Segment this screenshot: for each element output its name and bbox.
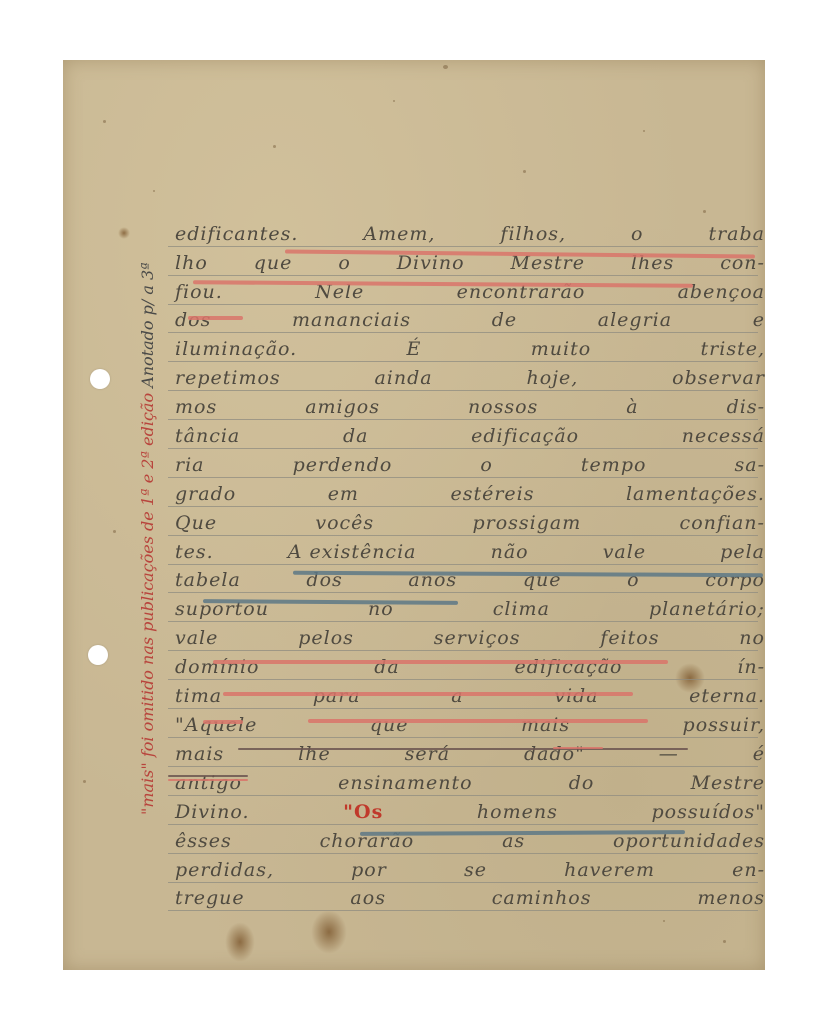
word: eterna.	[689, 682, 765, 710]
word: corpo	[705, 566, 765, 594]
word: dado"	[524, 740, 585, 768]
word: grado	[175, 480, 236, 508]
word: ensinamento	[338, 769, 472, 797]
margin-note-red: "mais" foi omitido nas publicações de 1ª…	[138, 393, 157, 815]
speck	[83, 780, 86, 783]
word: —	[659, 740, 679, 768]
word: que	[523, 566, 562, 594]
speck	[103, 120, 106, 123]
word: clima	[493, 595, 550, 623]
word: a	[451, 682, 463, 710]
word: tes.	[175, 538, 214, 566]
text-line-10: grado em estéreis lamentações.	[175, 480, 765, 508]
word: repetimos	[175, 364, 281, 392]
word: Mestre	[691, 769, 765, 797]
word: sa-	[735, 451, 766, 479]
red-underline	[223, 692, 633, 696]
word: no	[368, 595, 394, 623]
word: ria	[175, 451, 205, 479]
word: tima	[175, 682, 222, 710]
text-line-9: ria perdendo o tempo sa-	[175, 451, 765, 479]
word: é	[753, 740, 765, 768]
text-line-4: dos mananciais de alegria e	[175, 306, 765, 334]
word: e	[753, 306, 765, 334]
word: estéreis	[450, 480, 534, 508]
text-line-8: tância da edificação necessá	[175, 422, 765, 450]
word: edificação	[515, 653, 623, 681]
word: caminhos	[492, 884, 592, 912]
red-underline	[203, 720, 243, 724]
text-line-19: mais lhe será dado" — é	[175, 740, 765, 768]
word: "Os	[343, 798, 383, 826]
word: mos	[175, 393, 217, 421]
speck	[273, 145, 276, 148]
text-line-16: domínio da edificação ín-	[175, 653, 765, 681]
word: para	[313, 682, 361, 710]
text-line-18: "Aquele que mais possuir,	[175, 711, 765, 739]
word: o	[627, 566, 639, 594]
text-line-23: perdidas, por se haverem en-	[175, 856, 765, 884]
word: homens	[477, 798, 558, 826]
text-line-11: Que vocês prossigam confian-	[175, 509, 765, 537]
dark-underline	[168, 775, 248, 777]
speck	[113, 530, 116, 533]
word: se	[464, 856, 487, 884]
word: anos	[408, 566, 457, 594]
word: mais	[521, 711, 570, 739]
word: Amem,	[363, 220, 435, 248]
word: muito	[531, 335, 591, 363]
text-line-15: vale pelos serviços feitos no	[175, 624, 765, 652]
speck	[663, 920, 665, 922]
speck	[703, 210, 706, 213]
text-line-7: mos amigos nossos à dis-	[175, 393, 765, 421]
word: ín-	[737, 653, 765, 681]
word: perdendo	[293, 451, 393, 479]
text-line-24: tregue aos caminhos menos	[175, 884, 765, 912]
word: edificantes.	[175, 220, 298, 248]
word: edificação	[471, 422, 579, 450]
word: filhos,	[500, 220, 566, 248]
word: tância	[175, 422, 240, 450]
speck	[523, 170, 526, 173]
word: vale	[175, 624, 218, 652]
word: Que	[175, 509, 217, 537]
word: iluminação.	[175, 335, 297, 363]
text-line-5: iluminação. É muito triste,	[175, 335, 765, 363]
word: do	[569, 769, 595, 797]
word: traba	[708, 220, 765, 248]
word: observar	[672, 364, 765, 392]
word: aos	[350, 884, 386, 912]
word: abençoa	[678, 278, 765, 306]
word: pela	[720, 538, 765, 566]
word: que	[370, 711, 409, 739]
word: "Aquele	[175, 711, 257, 739]
word: amigos	[305, 393, 380, 421]
stain	[225, 922, 255, 962]
speck	[153, 190, 155, 192]
dark-underline	[238, 748, 688, 750]
word: menos	[697, 884, 765, 912]
margin-note-gray: Anotado p/ a 3ª	[138, 262, 157, 388]
word: tempo	[581, 451, 647, 479]
word: tregue	[175, 884, 245, 912]
word: planetário;	[649, 595, 765, 623]
speck	[643, 130, 645, 132]
word: êsses	[175, 827, 232, 855]
text-line-17: tima para a vida eterna.	[175, 682, 765, 710]
punch-hole-bottom	[88, 645, 108, 665]
red-underline	[188, 316, 243, 320]
red-underline	[553, 747, 603, 749]
word: mananciais	[292, 306, 411, 334]
word: antigo	[175, 769, 242, 797]
speck	[393, 100, 395, 102]
word: necessá	[682, 422, 765, 450]
word: hoje,	[526, 364, 578, 392]
word: ainda	[374, 364, 432, 392]
manuscript-page: edificantes. Amem, filhos, o traba lho q…	[63, 60, 765, 970]
text-line-6: repetimos ainda hoje, observar	[175, 364, 765, 392]
punch-hole-top	[90, 369, 110, 389]
word: lamentações.	[626, 480, 765, 508]
red-underline	[213, 660, 668, 664]
red-underline	[168, 779, 248, 781]
word: É	[407, 335, 422, 363]
word: possuir,	[683, 711, 765, 739]
stain	[311, 910, 347, 954]
word: no	[739, 624, 765, 652]
word: dos	[175, 306, 211, 334]
word: o	[631, 220, 643, 248]
word: não	[491, 538, 529, 566]
word: nossos	[468, 393, 538, 421]
word: alegria	[598, 306, 672, 334]
word: vocês	[315, 509, 374, 537]
word: feitos	[600, 624, 659, 652]
word: de	[492, 306, 517, 334]
text-line-12: tes. A existência não vale pela	[175, 538, 765, 566]
word: lhe	[298, 740, 331, 768]
word: à	[626, 393, 638, 421]
word: vale	[603, 538, 646, 566]
word: serviços	[434, 624, 521, 652]
word: perdidas,	[175, 856, 274, 884]
word: da	[343, 422, 369, 450]
word: possuídos"	[651, 798, 765, 826]
text-line-1: edificantes. Amem, filhos, o traba	[175, 220, 765, 248]
word: em	[328, 480, 359, 508]
word: da	[374, 653, 400, 681]
text-line-21: Divino. "Os homens possuídos"	[175, 798, 765, 826]
word: mais	[175, 740, 224, 768]
word: domínio	[175, 653, 259, 681]
word: pelos	[298, 624, 354, 652]
word: lho	[175, 249, 208, 277]
word: triste,	[701, 335, 765, 363]
word: o	[480, 451, 492, 479]
word: vida	[554, 682, 598, 710]
text-line-13: tabela dos anos que o corpo	[175, 566, 765, 594]
speck	[723, 940, 726, 943]
word: Divino.	[175, 798, 250, 826]
stain	[118, 227, 130, 239]
margin-annotation: "mais" foi omitido nas publicações de 1ª…	[138, 262, 157, 815]
speck	[443, 65, 448, 69]
word: haverem	[564, 856, 655, 884]
red-underline	[308, 719, 648, 723]
word: dis-	[727, 393, 765, 421]
word: será	[405, 740, 450, 768]
word: A existência	[288, 538, 417, 566]
word: prossigam	[472, 509, 581, 537]
word: por	[351, 856, 387, 884]
word: confian-	[680, 509, 765, 537]
text-line-20: antigo ensinamento do Mestre	[175, 769, 765, 797]
word: tabela	[175, 566, 241, 594]
word: en-	[732, 856, 765, 884]
